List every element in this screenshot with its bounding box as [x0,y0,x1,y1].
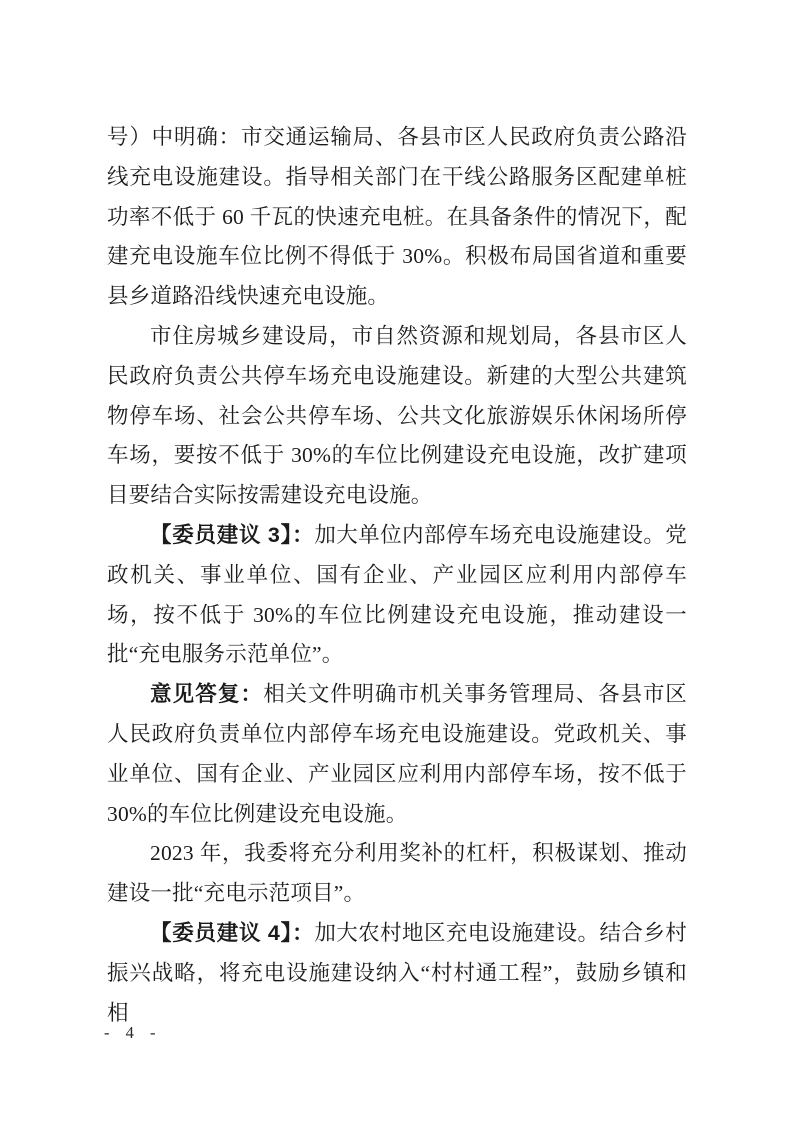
document-page: 号）中明确：市交通运输局、各县市区人民政府负责公路沿线充电设施建设。指导相关部门… [0,0,793,1122]
paragraph: 【委员建议 3】：加大单位内部停车场充电设施建设。党政机关、事业单位、国有企业、… [107,516,687,675]
paragraph-label-opinion-reply: 意见答复： [150,682,263,706]
paragraph: 市住房城乡建设局，市自然资源和规划局，各县市区人民政府负责公共停车场充电设施建设… [107,317,687,516]
document-body: 号）中明确：市交通运输局、各县市区人民政府负责公路沿线充电设施建设。指导相关部门… [107,118,687,1033]
paragraph-label-committee-suggestion-3: 【委员建议 3】： [150,523,314,547]
paragraph: 意见答复：相关文件明确市机关事务管理局、各县市区人民政府负责单位内部停车场充电设… [107,675,687,834]
paragraph: 【委员建议 4】：加大农村地区充电设施建设。结合乡村振兴战略，将充电设施建设纳入… [107,914,687,1033]
paragraph: 2023 年，我委将充分利用奖补的杠杆，积极谋划、推动建设一批“充电示范项目”。 [107,834,687,914]
paragraph: 号）中明确：市交通运输局、各县市区人民政府负责公路沿线充电设施建设。指导相关部门… [107,118,687,317]
paragraph-text: 市住房城乡建设局，市自然资源和规划局，各县市区人民政府负责公共停车场充电设施建设… [107,324,687,507]
paragraph-text: 2023 年，我委将充分利用奖补的杠杆，积极谋划、推动建设一批“充电示范项目”。 [107,841,687,905]
paragraph-label-committee-suggestion-4: 【委员建议 4】： [150,921,314,945]
paragraph-text: 号）中明确：市交通运输局、各县市区人民政府负责公路沿线充电设施建设。指导相关部门… [107,125,687,308]
page-number: - 4 - [104,1022,162,1044]
